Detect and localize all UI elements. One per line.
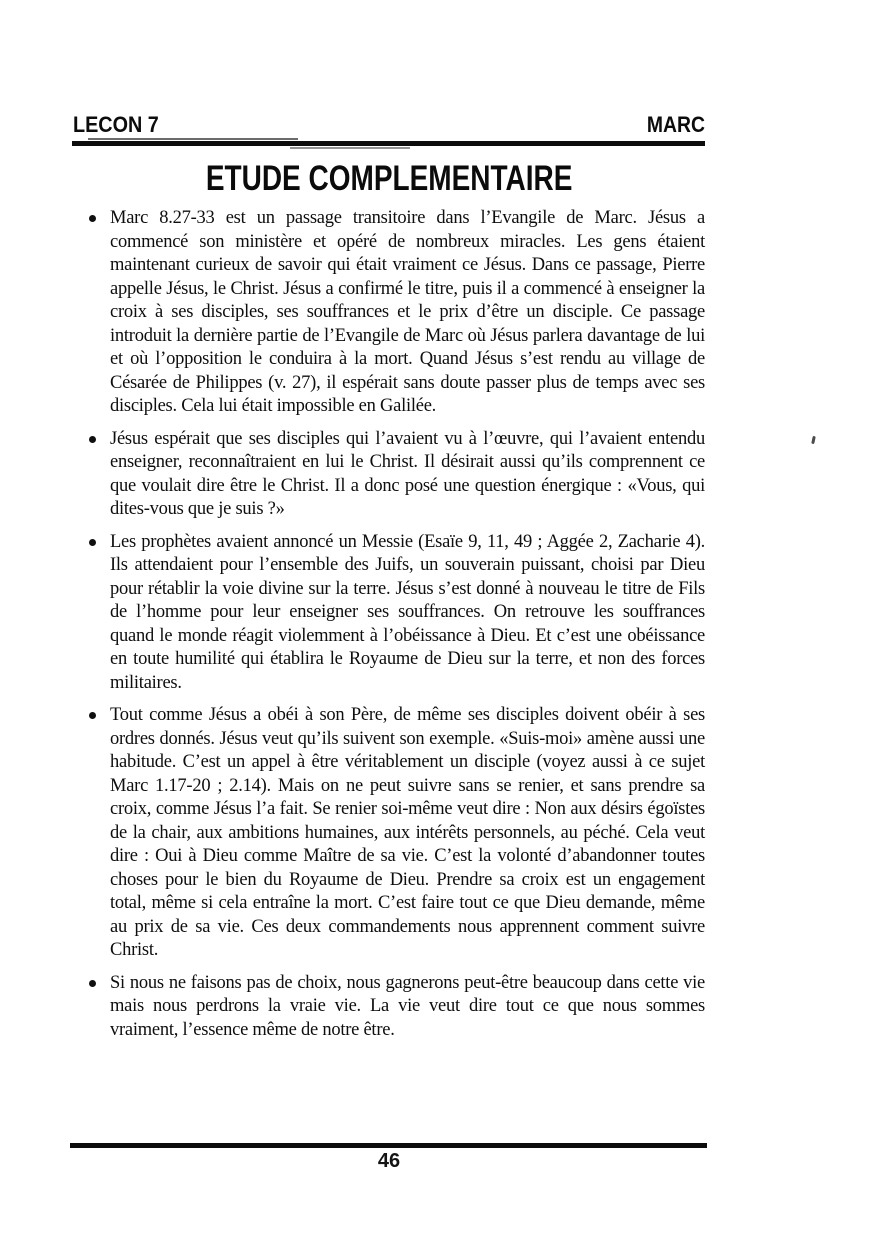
header-rule-scan-fragment: [290, 147, 410, 149]
header-rule: [72, 141, 705, 146]
scan-artifact: [811, 436, 816, 444]
header-rule-scan-fragment: [88, 138, 298, 140]
lesson-label: LECON 7: [73, 112, 159, 138]
list-item: Marc 8.27-33 est un passage transitoire …: [73, 207, 705, 419]
bullet-list: Marc 8.27-33 est un passage transitoire …: [73, 207, 705, 1051]
bullet-icon: [89, 436, 96, 443]
section-title: ETUDE COMPLEMENTAIRE: [73, 159, 705, 199]
footer-rule: [70, 1143, 707, 1148]
running-header: LECON 7 MARC: [73, 112, 705, 138]
page-number: 46: [73, 1150, 705, 1173]
paragraph: Marc 8.27-33 est un passage transitoire …: [110, 207, 705, 419]
section-title-text: ETUDE COMPLEMENTAIRE: [206, 159, 573, 199]
bullet-icon: [89, 539, 96, 546]
paragraph: Si nous ne faisons pas de choix, nous ga…: [110, 972, 705, 1043]
paragraph: Tout comme Jésus a obéi à son Père, de m…: [110, 704, 705, 963]
paragraph: Jésus espérait que ses disciples qui l’a…: [110, 428, 705, 522]
scanned-book-page: LECON 7 MARC ETUDE COMPLEMENTAIRE Marc 8…: [0, 0, 874, 1240]
bullet-icon: [89, 712, 96, 719]
paragraph: Les prophètes avaient annoncé un Messie …: [110, 531, 705, 696]
bullet-icon: [89, 980, 96, 987]
bullet-icon: [89, 215, 96, 222]
list-item: Tout comme Jésus a obéi à son Père, de m…: [73, 704, 705, 963]
list-item: Jésus espérait que ses disciples qui l’a…: [73, 428, 705, 522]
book-label: MARC: [647, 112, 705, 138]
list-item: Si nous ne faisons pas de choix, nous ga…: [73, 972, 705, 1043]
list-item: Les prophètes avaient annoncé un Messie …: [73, 531, 705, 696]
